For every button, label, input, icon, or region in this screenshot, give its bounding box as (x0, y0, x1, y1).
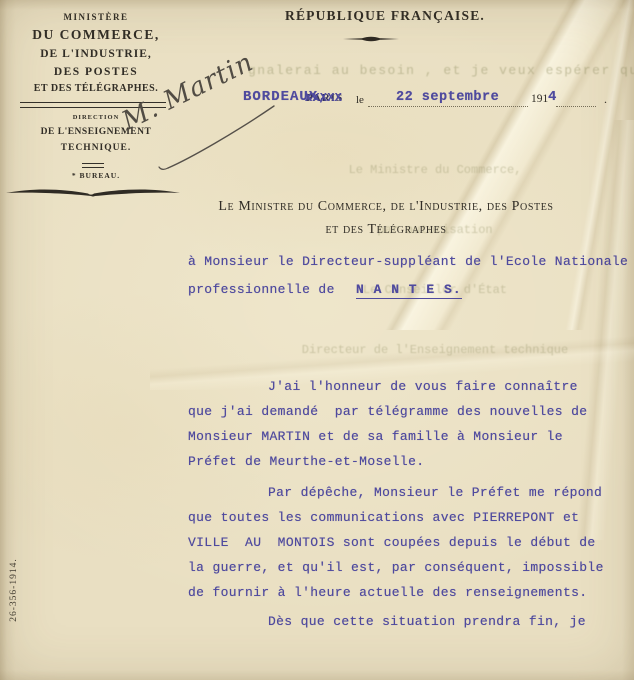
overstrike-xs: XXXXX (305, 91, 342, 105)
date-typed: 22 septembre (396, 90, 499, 105)
le-label: le (356, 94, 364, 106)
bleedthrough-line: gnalerai au besoin , et je veux espérer … (248, 63, 634, 78)
letterhead-flourish-rule (4, 185, 182, 199)
letterhead-commerce: DU COMMERCE, (16, 27, 176, 43)
sender-block: Le Ministre du Commerce, de l'Industrie,… (196, 199, 576, 238)
body-line: Par dépêche, Monsieur le Préfet me répon… (268, 485, 602, 500)
letter-page: gnalerai au besoin , et je veux espérer … (0, 0, 634, 680)
paper-fold-top-right (380, 0, 634, 330)
body-line: Monsieur MARTIN et de sa famille à Monsi… (188, 429, 563, 444)
letterhead-direction: DIRECTION (16, 114, 176, 121)
letterhead-bureau: * BUREAU. (16, 171, 176, 180)
body-line: J'ai l'honneur de vous faire connaître (268, 379, 578, 394)
letterhead-industrie: DE L'INDUSTRIE, (16, 48, 176, 60)
recipient-line-2-prefix: professionnelle de (188, 282, 335, 297)
letterhead-technique: TECHNIQUE. (16, 143, 176, 153)
letterhead-telegraphes: ET DES TÉLÉGRAPHES. (16, 83, 176, 94)
letterhead-double-rule (20, 102, 166, 108)
year-printed: 191 (531, 93, 548, 105)
body-line: la guerre, et qu'il est, par conséquent,… (188, 560, 604, 575)
sender-line-1: Le Ministre du Commerce, de l'Industrie,… (196, 199, 576, 215)
letterhead-mini-rule (82, 163, 104, 168)
body-line: Dès que cette situation prendra fin, je (268, 614, 586, 629)
city-printed-struck: PARIS XXXXX (306, 92, 343, 104)
body-line: de fournir à l'heure actuelle des rensei… (188, 585, 587, 600)
letterhead-enseignement: DE L'ENSEIGNEMENT (16, 127, 176, 137)
year-typed: 4 (548, 89, 556, 105)
body-line: Préfet de Meurthe-et-Moselle. (188, 454, 424, 469)
date-period: . (604, 92, 607, 107)
paper-crease-right (574, 120, 634, 540)
header-flourish-rule (342, 34, 400, 44)
republique-francaise-title: RÉPUBLIQUE FRANÇAISE. (240, 8, 530, 24)
year-dotted-rule (556, 106, 596, 107)
recipient-line-1: à Monsieur le Directeur-suppléant de l'E… (188, 254, 628, 269)
letterhead-postes: DES POSTES (16, 66, 176, 78)
body-line: que toutes les communications avec PIERR… (188, 510, 579, 525)
recipient-city: N A N T E S. (356, 282, 462, 299)
letterhead: MINISTÈRE DU COMMERCE, DE L'INDUSTRIE, D… (16, 4, 176, 214)
printer-imprint: 26-356-1914. (9, 550, 19, 630)
body-line: que j'ai demandé par télégramme des nouv… (188, 404, 587, 419)
body-line: VILLE AU MONTOIS sont coupées depuis le … (188, 535, 596, 550)
bleedthrough-block-line: Directeur de l'Enseignement technique (300, 340, 570, 360)
letterhead-ministere: MINISTÈRE (16, 12, 176, 22)
date-dotted-rule (368, 106, 528, 107)
sender-line-2: et des Télégraphes (196, 222, 576, 238)
bleedthrough-block-line: Le Ministre du Commerce, (300, 160, 570, 180)
